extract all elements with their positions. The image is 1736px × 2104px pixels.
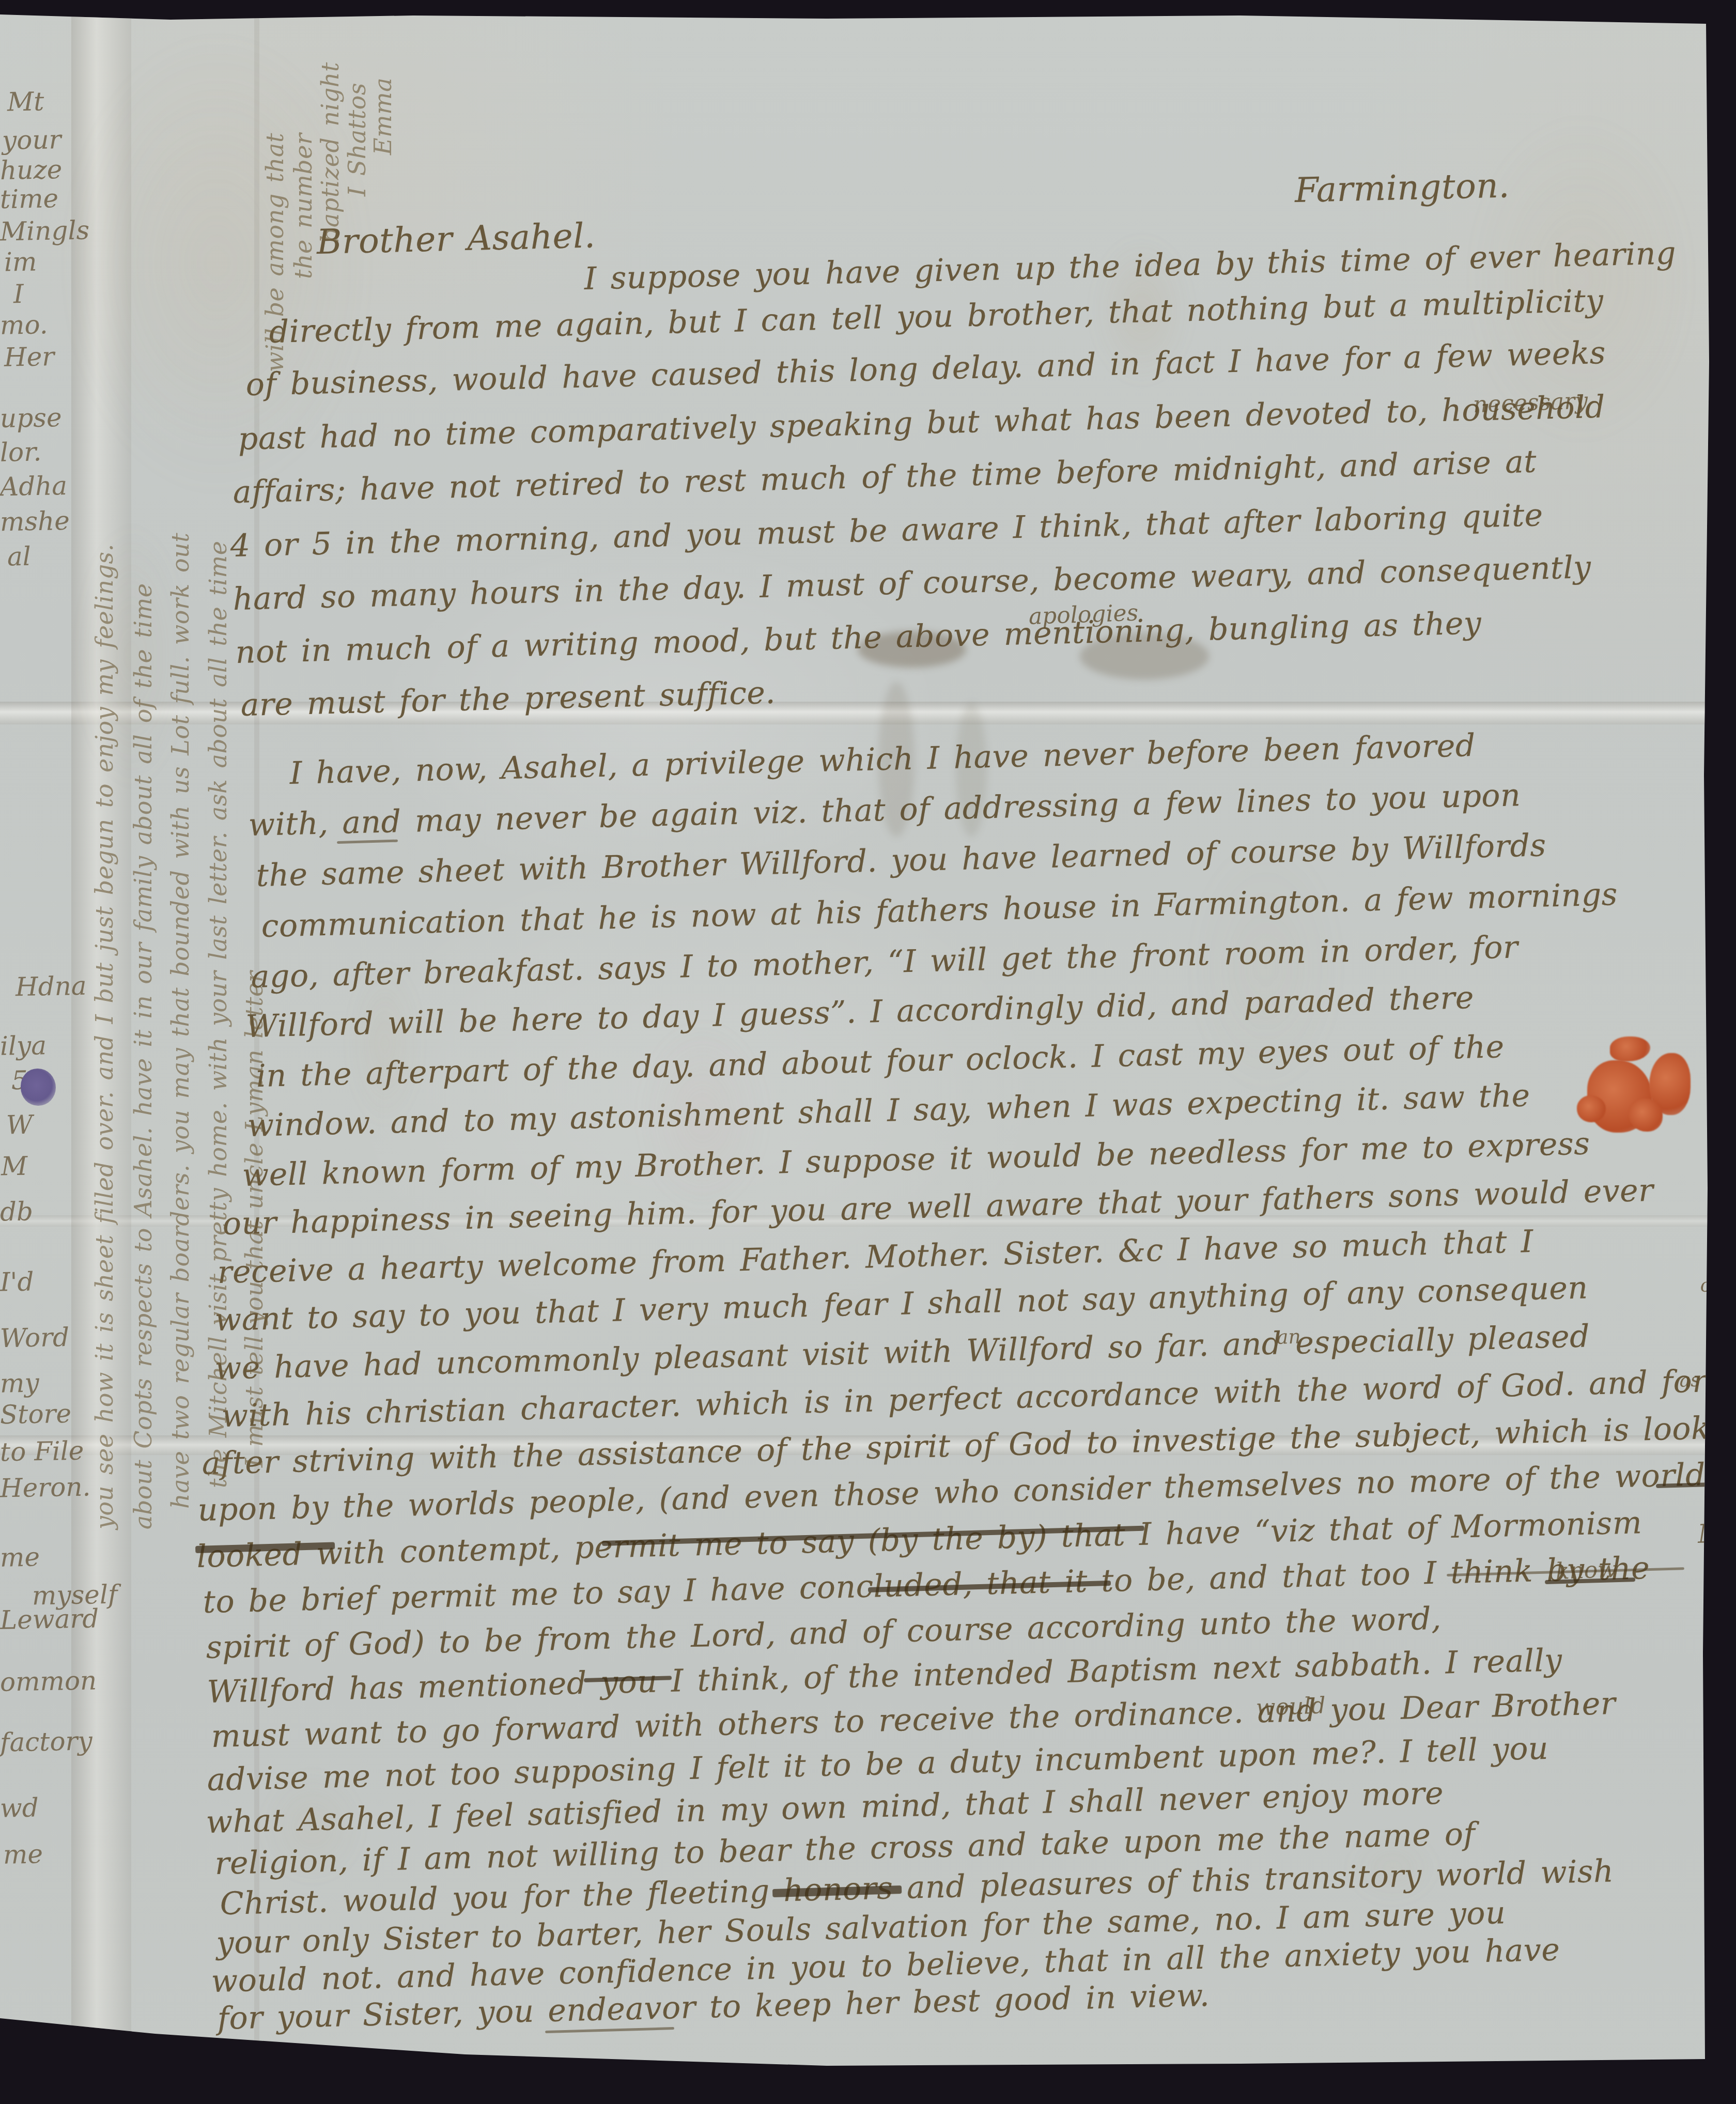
insertion-8: would <box>1256 1692 1326 1721</box>
wax-seal-lobe-4 <box>1629 1099 1663 1132</box>
edge-fragment-10: upse <box>0 403 62 434</box>
letter-place-heading: Farmington. <box>1294 165 1510 210</box>
edge-fragment-27: me <box>0 1542 40 1572</box>
edge-fragment-1: Mt <box>7 86 44 117</box>
ink-smudge-3 <box>878 682 915 837</box>
edge-fragment-31: factory <box>0 1726 92 1757</box>
margin-line-3: have two regular boarders. you may that … <box>166 533 194 1509</box>
letter-line-5: affairs; have not retired to rest much o… <box>233 444 1537 510</box>
edge-fragment-7: I <box>13 279 24 309</box>
edge-fragment-11: lor. <box>0 437 42 467</box>
insertion-4: an <box>1276 1325 1301 1349</box>
edge-fragment-6: im <box>4 246 37 277</box>
edge-fragment-14: al <box>7 542 31 572</box>
margin-fragment-4: I Shattos <box>343 83 371 196</box>
ink-smudge-2 <box>1080 633 1209 679</box>
edge-fragment-2: your <box>2 125 61 156</box>
letter-line-8: not in much of a writing mood, but the a… <box>235 605 1482 671</box>
edge-fragment-21: I'd <box>0 1266 34 1297</box>
edge-fragment-19: M <box>1 1151 27 1182</box>
wax-seal-lobe-5 <box>1577 1095 1606 1122</box>
letter-line-6: 4 or 5 in the morning, and you must be a… <box>230 497 1543 564</box>
margin-fragment-3: baptized night <box>316 62 344 243</box>
margin-line-4: the Mitchell visit pretty home. with you… <box>204 541 232 1488</box>
letter-page: Farmington. Brother Asahel. I suppose yo… <box>0 0 1736 2104</box>
margin-line-1: you see how it is sheet filled over. and… <box>90 544 118 1529</box>
edge-fragment-22: Word <box>0 1322 70 1353</box>
insertion-1: necessary <box>1473 388 1588 418</box>
edge-fragment-4: time <box>0 183 59 214</box>
edge-fragment-9: Her <box>4 342 55 373</box>
margin-line-2: about Copts respects to Asahel. have it … <box>129 583 157 1529</box>
edge-fragment-8: mo. <box>0 310 48 341</box>
margin-fragment-2: the number <box>289 133 317 280</box>
margin-fragment-5: Emma <box>369 78 397 155</box>
edge-fragment-25: to File <box>0 1436 84 1467</box>
edge-fragment-3: huze <box>0 154 63 185</box>
edge-fragment-15: Hdna <box>16 971 87 1002</box>
letter-line-9: are must for the present suffice. <box>240 675 776 723</box>
edge-fragment-30: ommon <box>0 1665 97 1697</box>
edge-fragment-12: Adha <box>0 471 68 502</box>
insertion-5: as <box>1679 1370 1700 1391</box>
edge-fragment-32: wd <box>0 1792 39 1823</box>
edge-fragment-13: mshe <box>0 506 70 537</box>
violet-ink-blot <box>21 1069 56 1106</box>
wax-seal-lobe-2 <box>1610 1036 1650 1061</box>
edge-fragment-16: ilya <box>0 1030 47 1061</box>
margin-line-5: I must tell you that uncle Lyman letter <box>240 971 268 1467</box>
margin-fragment-1: will be among that <box>261 133 289 372</box>
edge-fragment-29: Leward <box>0 1603 99 1635</box>
edge-fragment-5: Mingls <box>0 215 90 246</box>
edge-fragment-18: W <box>6 1110 33 1140</box>
edge-fragment-20: db <box>0 1196 34 1227</box>
edge-fragment-33: me <box>3 1839 43 1869</box>
insertion-2: apologies <box>1028 600 1139 630</box>
ink-smudge-4 <box>956 703 987 837</box>
edge-fragment-23: my <box>0 1368 39 1398</box>
edge-fragment-24: Store <box>0 1399 71 1430</box>
edge-fragment-26: Heron. <box>0 1472 91 1503</box>
ink-smudge-1 <box>858 631 966 668</box>
letter-salutation: Brother Asahel. <box>316 215 596 262</box>
